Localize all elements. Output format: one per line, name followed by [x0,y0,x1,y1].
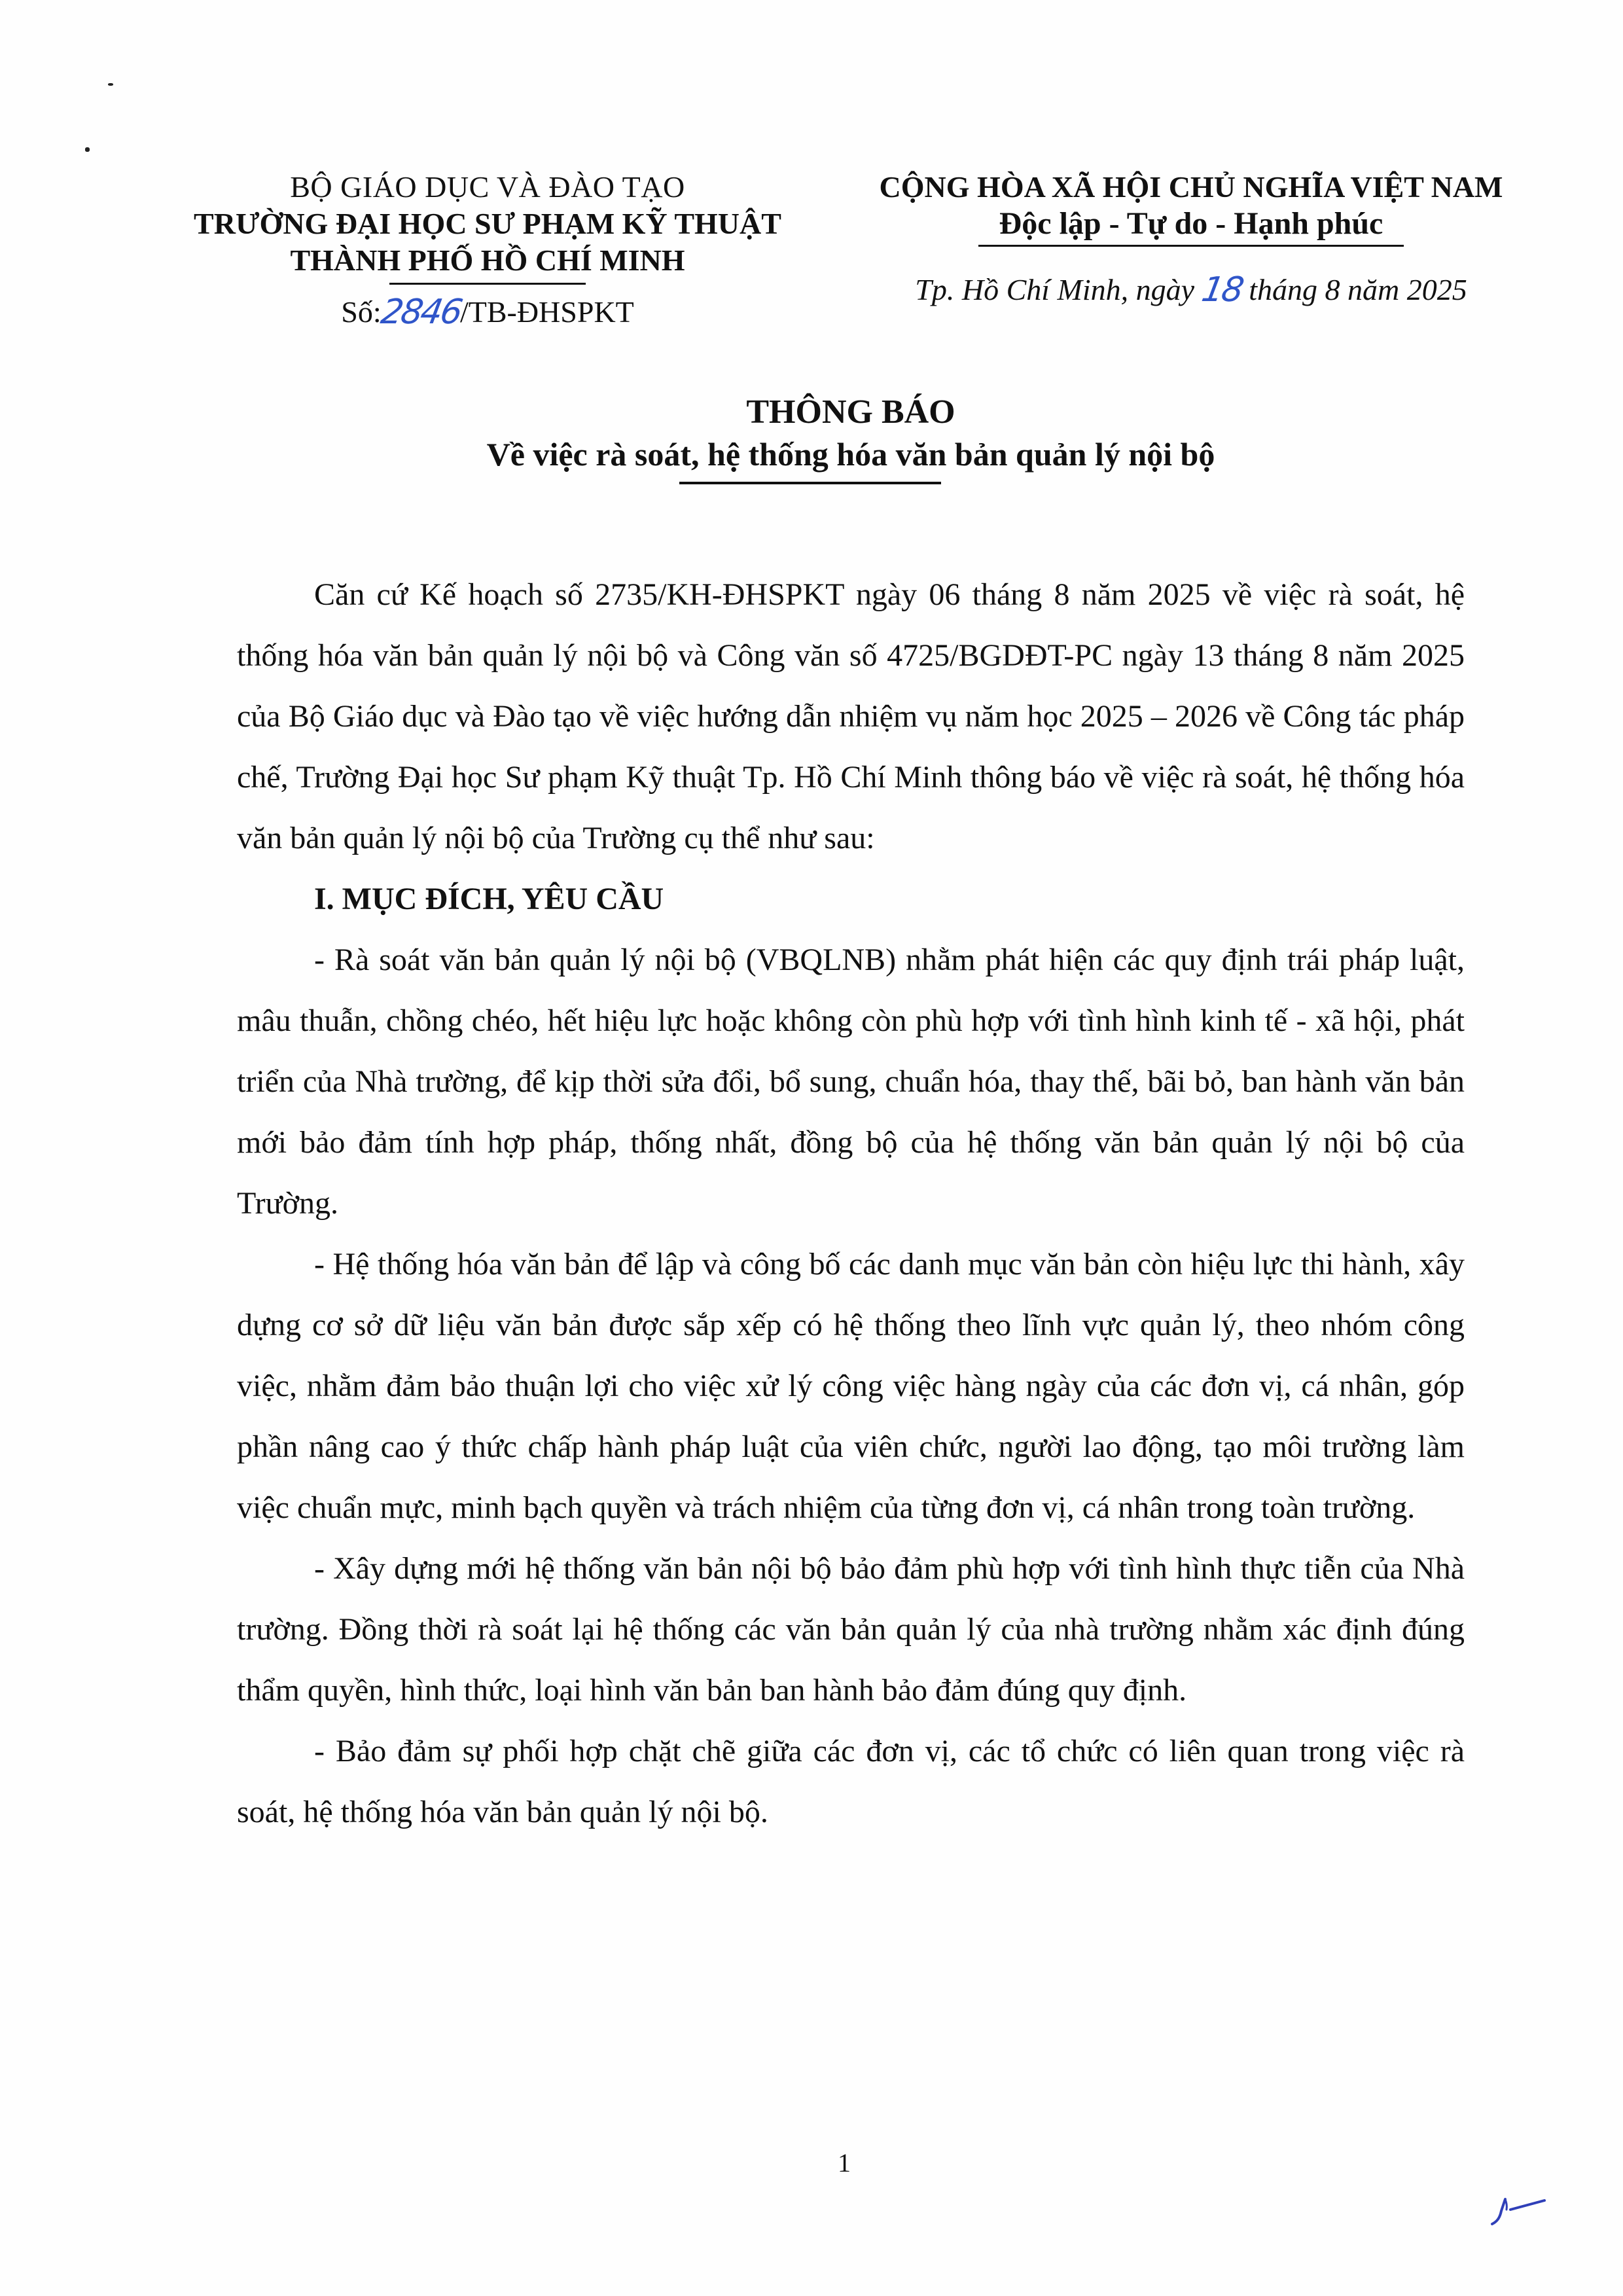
body-paragraph: - Rà soát văn bản quản lý nội bộ (VBQLNB… [237,929,1465,1234]
body-paragraph: - Xây dựng mới hệ thống văn bản nội bộ b… [237,1538,1465,1721]
date-prefix: Tp. Hồ Chí Minh, ngày [915,270,1194,310]
intro-paragraph: Căn cứ Kế hoạch số 2735/KH-ĐHSPKT ngày 0… [237,564,1465,869]
nation-name: CỘNG HÒA XÃ HỘI CHỦ NGHĨA VIỆT NAM [844,169,1538,206]
document-number: Số:2846/TB-ĐHSPKT [170,293,805,332]
issuing-authority-header: BỘ GIÁO DỤC VÀ ĐÀO TẠO TRƯỜNG ĐẠI HỌC SƯ… [170,169,805,332]
scan-speck [108,83,113,86]
body-paragraph: - Bảo đảm sự phối hợp chặt chẽ giữa các … [237,1721,1465,1842]
school-name-line2: THÀNH PHỐ HỒ CHÍ MINH [170,242,805,279]
document-type-title: THÔNG BÁO [236,391,1466,433]
handwritten-initials-icon [1486,2191,1558,2231]
header-left-divider [389,283,586,285]
date-day-handwritten: 18 [1198,270,1245,310]
section-heading-purpose: I. MỤC ĐÍCH, YÊU CẦU [237,869,1465,929]
document-body: Căn cứ Kế hoạch số 2735/KH-ĐHSPKT ngày 0… [237,564,1465,1842]
body-paragraph: - Hệ thống hóa văn bản để lập và công bố… [237,1234,1465,1538]
header-right-divider [978,245,1404,247]
page-number: 1 [831,2147,857,2179]
school-name-line1: TRƯỜNG ĐẠI HỌC SƯ PHẠM KỸ THUẬT [170,206,805,242]
national-header: CỘNG HÒA XÃ HỘI CHỦ NGHĨA VIỆT NAM Độc l… [844,169,1538,310]
doc-number-prefix: Số: [341,293,381,332]
scan-speck [85,147,90,152]
title-divider [679,482,941,484]
national-motto: Độc lập - Tự do - Hạnh phúc [844,206,1538,242]
document-subject: Về việc rà soát, hệ thống hóa văn bản qu… [236,433,1466,475]
place-and-date: Tp. Hồ Chí Minh, ngày 18 tháng 8 năm 202… [844,270,1538,310]
doc-number-suffix: /TB-ĐHSPKT [460,293,634,332]
ministry-name: BỘ GIÁO DỤC VÀ ĐÀO TẠO [170,169,805,206]
doc-number-handwritten: 2846 [378,293,463,332]
document-title-block: THÔNG BÁO Về việc rà soát, hệ thống hóa … [236,391,1466,484]
document-page: BỘ GIÁO DỤC VÀ ĐÀO TẠO TRƯỜNG ĐẠI HỌC SƯ… [0,0,1623,2296]
date-suffix: tháng 8 năm 2025 [1249,270,1467,310]
